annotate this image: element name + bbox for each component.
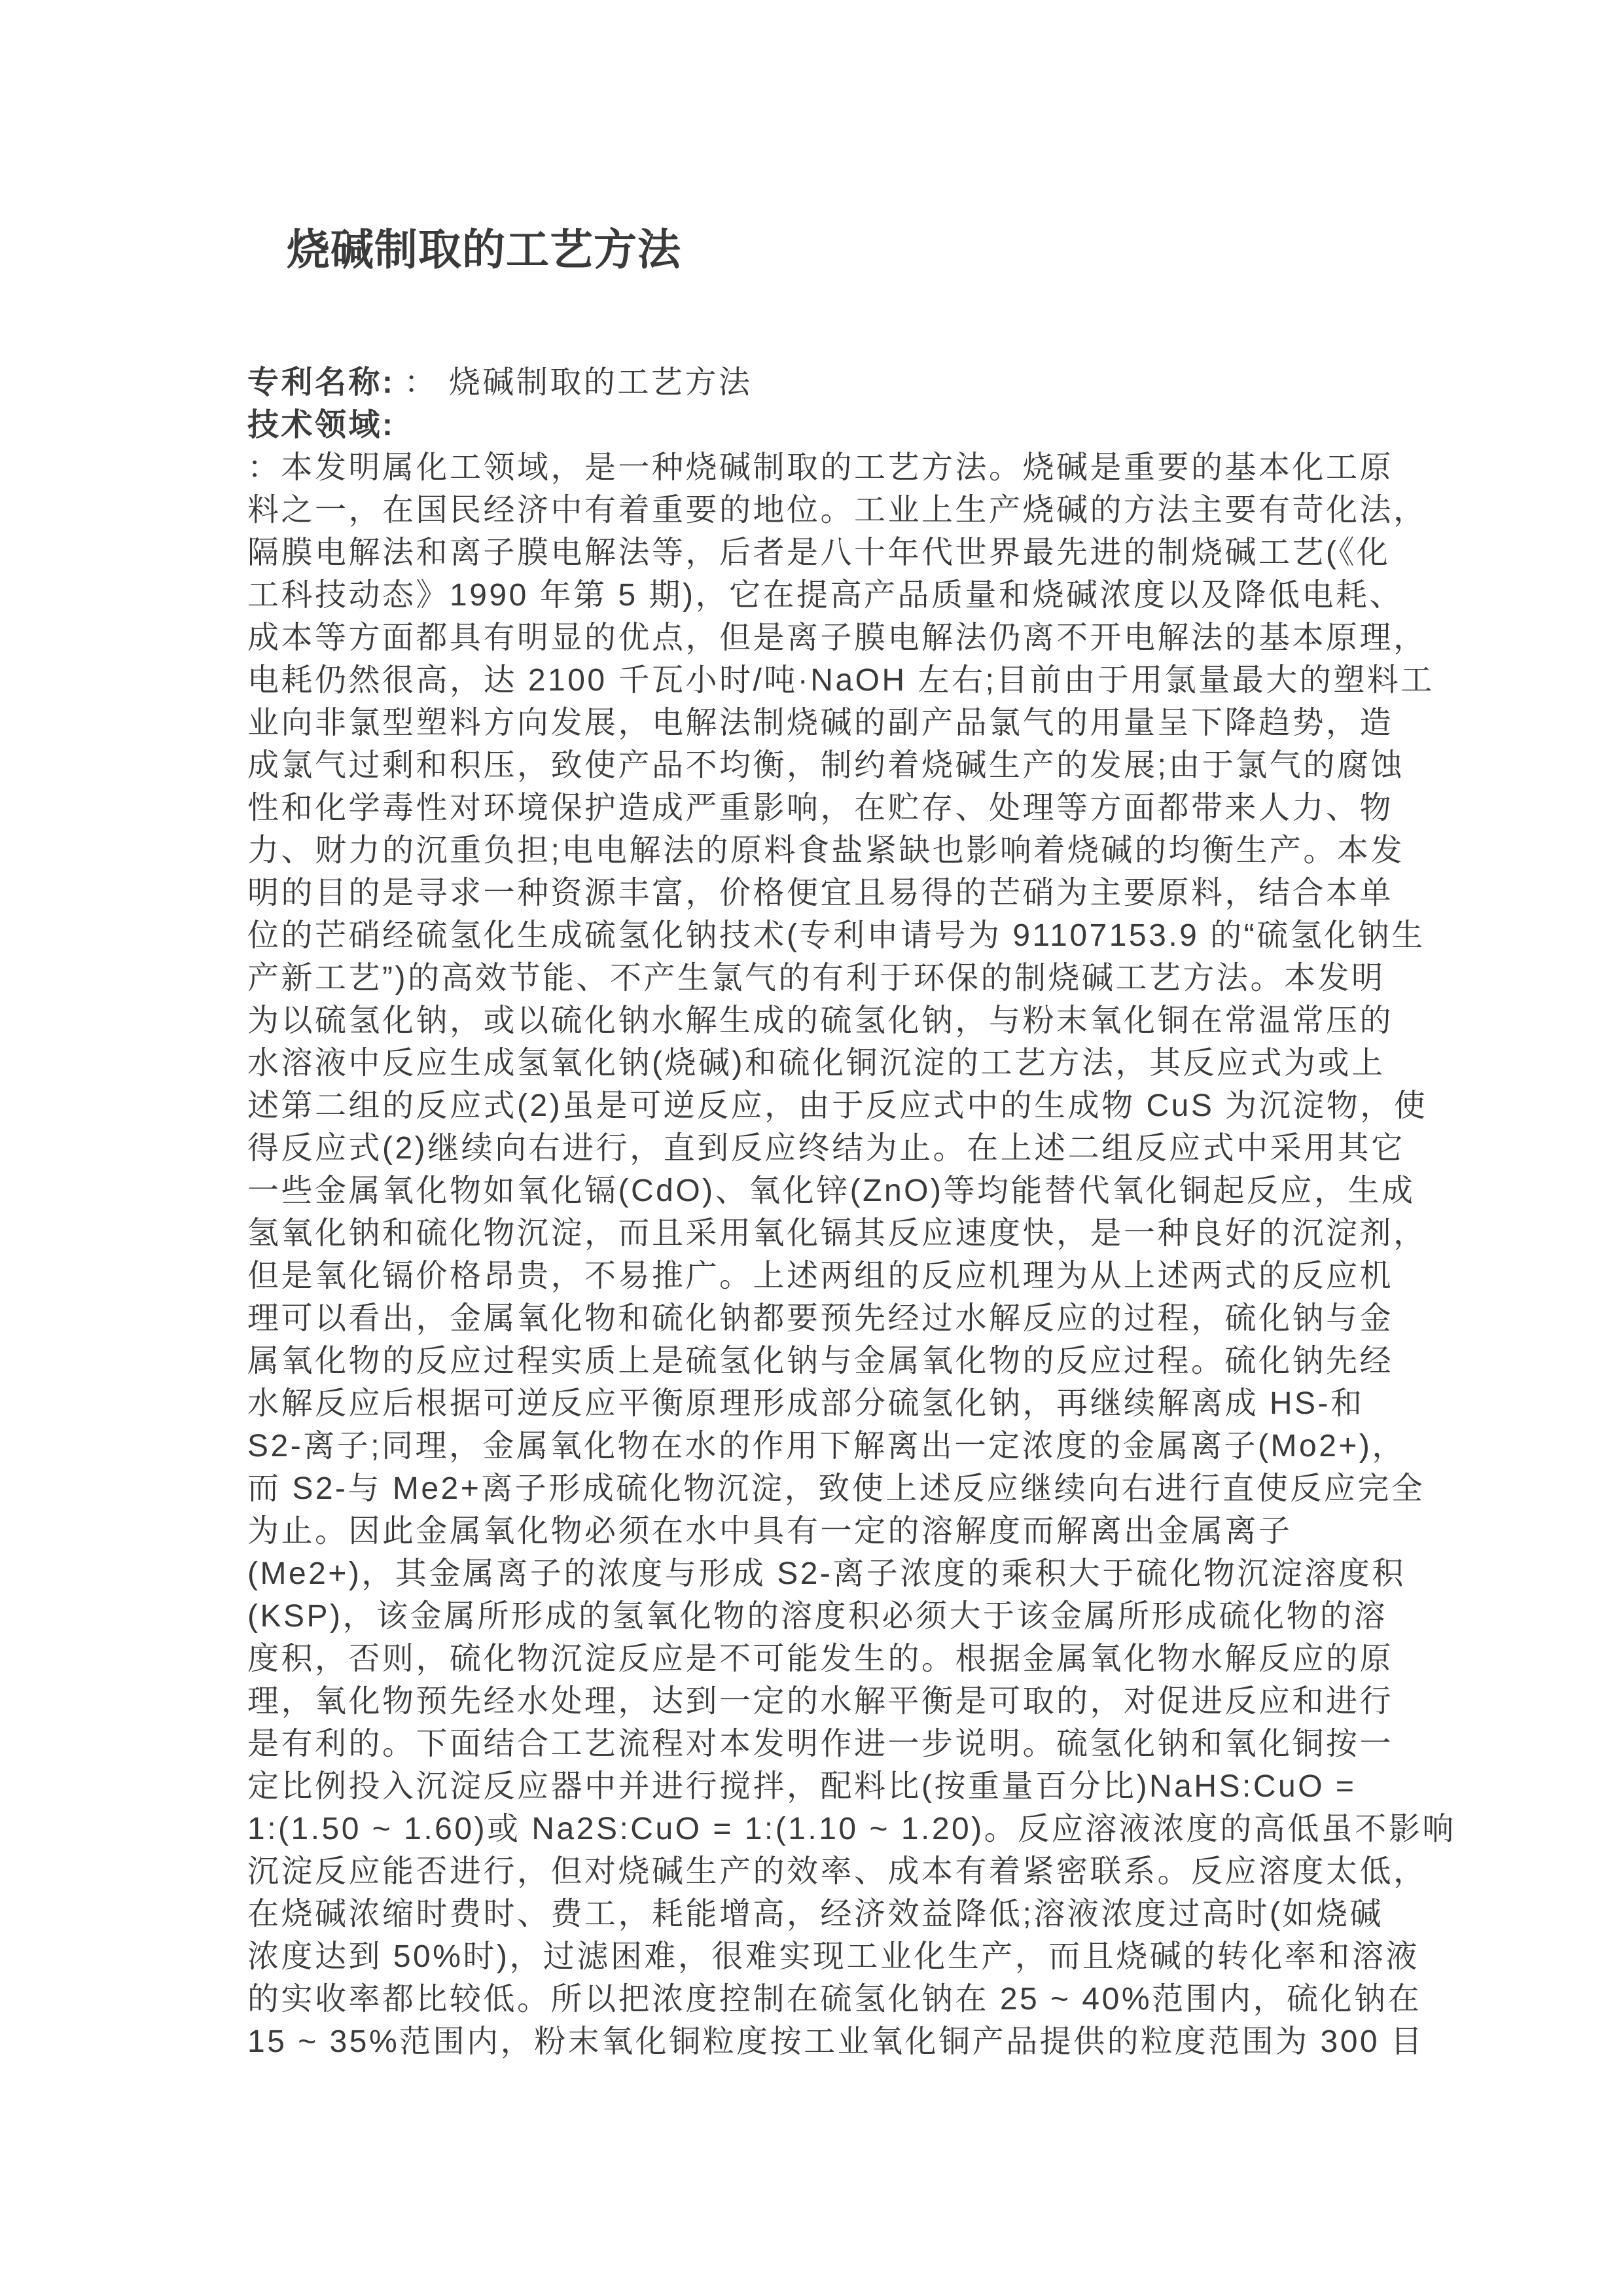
text-line: 业向非氯型塑料方向发展，电解法制烧碱的副产品氯气的用量呈下降趋势，造 (247, 702, 1399, 744)
text-line: 属氧化物的反应过程实质上是硫氢化钠与金属氧化物的反应过程。硫化钠先经 (247, 1340, 1399, 1382)
document-page: 烧碱制取的工艺方法 专利名称:： 烧碱制取的工艺方法 技术领域: ：本发明属化工… (0, 0, 1623, 2296)
text-line: 1:(1.50 ~ 1.60)或 Na2S:CuO = 1:(1.10 ~ 1.… (247, 1808, 1399, 1850)
text-line: 在烧碱浓缩时费时、费工，耗能增高，经济效益降低;溶液浓度过高时(如烧碱 (247, 1893, 1399, 1935)
body-lines: ：本发明属化工领域，是一种烧碱制取的工艺方法。烧碱是重要的基本化工原料之一，在国… (247, 446, 1399, 2063)
text-line: 的实收率都比较低。所以把浓度控制在硫氢化钠在 25 ~ 40%范围内，硫化钠在 (247, 1978, 1399, 2020)
text-line: 为以硫氢化钠，或以硫化钠水解生成的硫氢化钠，与粉末氧化铜在常温常压的 (247, 999, 1399, 1042)
text-line: 水溶液中反应生成氢氧化钠(烧碱)和硫化铜沉淀的工艺方法，其反应式为或上 (247, 1042, 1399, 1085)
text-line: 但是氧化镉价格昂贵，不易推广。上述两组的反应机理为从上述两式的反应机 (247, 1255, 1399, 1297)
text-line: 沉淀反应能否进行，但对烧碱生产的效率、成本有着紧密联系。反应溶度太低， (247, 1850, 1399, 1893)
text-line: 工科技动态》1990 年第 5 期)，它在提高产品质量和烧碱浓度以及降低电耗、 (247, 574, 1399, 617)
text-line: 述第二组的反应式(2)虽是可逆反应，由于反应式中的生成物 CuS 为沉淀物，使 (247, 1085, 1399, 1127)
text-line: 电耗仍然很高，达 2100 千瓦小时/吨·NaOH 左右;目前由于用氯量最大的塑… (247, 659, 1399, 702)
text-line: 成氯气过剩和积压，致使产品不均衡，制约着烧碱生产的发展;由于氯气的腐蚀 (247, 744, 1399, 787)
document-content: 专利名称:： 烧碱制取的工艺方法 技术领域: ：本发明属化工领域，是一种烧碱制取… (247, 361, 1399, 2063)
text-line: 成本等方面都具有明显的优点，但是离子膜电解法仍离不开电解法的基本原理， (247, 617, 1399, 659)
patent-name-row: 专利名称:： 烧碱制取的工艺方法 (247, 361, 1399, 404)
text-line: 性和化学毒性对环境保护造成严重影响，在贮存、处理等方面都带来人力、物 (247, 787, 1399, 829)
text-line: 是有利的。下面结合工艺流程对本发明作进一步说明。硫氢化钠和氧化铜按一 (247, 1723, 1399, 1765)
text-line: 一些金属氧化物如氧化镉(CdO)、氧化锌(ZnO)等均能替代氧化铜起反应，生成 (247, 1170, 1399, 1212)
tech-field-row: 技术领域: (247, 404, 1399, 446)
text-line: 而 S2-与 Me2+离子形成硫化物沉淀，致使上述反应继续向右进行直使反应完全 (247, 1467, 1399, 1510)
text-line: 产新工艺”)的高效节能、不产生氯气的有利于环保的制烧碱工艺方法。本发明 (247, 957, 1399, 999)
patent-name-value: ： 烧碱制取的工艺方法 (404, 365, 753, 400)
text-line: 15 ~ 35%范围内，粉末氧化铜粒度按工业氧化铜产品提供的粒度范围为 300 … (247, 2020, 1399, 2063)
tech-field-label: 技术领域: (247, 408, 395, 442)
text-line: 隔膜电解法和离子膜电解法等，后者是八十年代世界最先进的制烧碱工艺(《化 (247, 531, 1399, 574)
text-line: 理可以看出，金属氧化物和硫化钠都要预先经过水解反应的过程，硫化钠与金 (247, 1297, 1399, 1340)
text-line: 定比例投入沉淀反应器中并进行搅拌，配料比(按重量百分比)NaHS:CuO = (247, 1765, 1399, 1808)
patent-name-label: 专利名称: (247, 365, 395, 400)
text-line: 位的芒硝经硫氢化生成硫氢化钠技术(专利申请号为 91107153.9 的“硫氢化… (247, 914, 1399, 957)
text-line: S2-离子;同理，金属氧化物在水的作用下解离出一定浓度的金属离子(Mo2+)， (247, 1425, 1399, 1467)
text-line: 为止。因此金属氧化物必须在水中具有一定的溶解度而解离出金属离子 (247, 1510, 1399, 1552)
text-line: 明的目的是寻求一种资源丰富，价格便宜且易得的芒硝为主要原料，结合本单 (247, 872, 1399, 914)
text-line: (Me2+)，其金属离子的浓度与形成 S2-离子浓度的乘积大于硫化物沉淀溶度积 (247, 1552, 1399, 1595)
text-line: 理，氧化物预先经水处理，达到一定的水解平衡是可取的，对促进反应和进行 (247, 1680, 1399, 1723)
text-line: 力、财力的沉重负担;电电解法的原料食盐紧缺也影响着烧碱的均衡生产。本发 (247, 829, 1399, 872)
text-line: 料之一，在国民经济中有着重要的地位。工业上生产烧碱的方法主要有苛化法， (247, 489, 1399, 531)
text-line: (KSP)，该金属所形成的氢氧化物的溶度积必须大于该金属所形成硫化物的溶 (247, 1595, 1399, 1638)
text-line: 水解反应后根据可逆反应平衡原理形成部分硫氢化钠，再继续解离成 HS-和 (247, 1382, 1399, 1425)
text-line: 浓度达到 50%时)，过滤困难，很难实现工业化生产，而且烧碱的转化率和溶液 (247, 1935, 1399, 1978)
text-line: 氢氧化钠和硫化物沉淀，而且采用氧化镉其反应速度快，是一种良好的沉淀剂， (247, 1212, 1399, 1255)
text-line: 得反应式(2)继续向右进行，直到反应终结为止。在上述二组反应式中采用其它 (247, 1127, 1399, 1170)
text-line: 度积，否则，硫化物沉淀反应是不可能发生的。根据金属氧化物水解反应的原 (247, 1638, 1399, 1680)
page-title: 烧碱制取的工艺方法 (287, 220, 681, 279)
text-line: ：本发明属化工领域，是一种烧碱制取的工艺方法。烧碱是重要的基本化工原 (247, 446, 1399, 489)
